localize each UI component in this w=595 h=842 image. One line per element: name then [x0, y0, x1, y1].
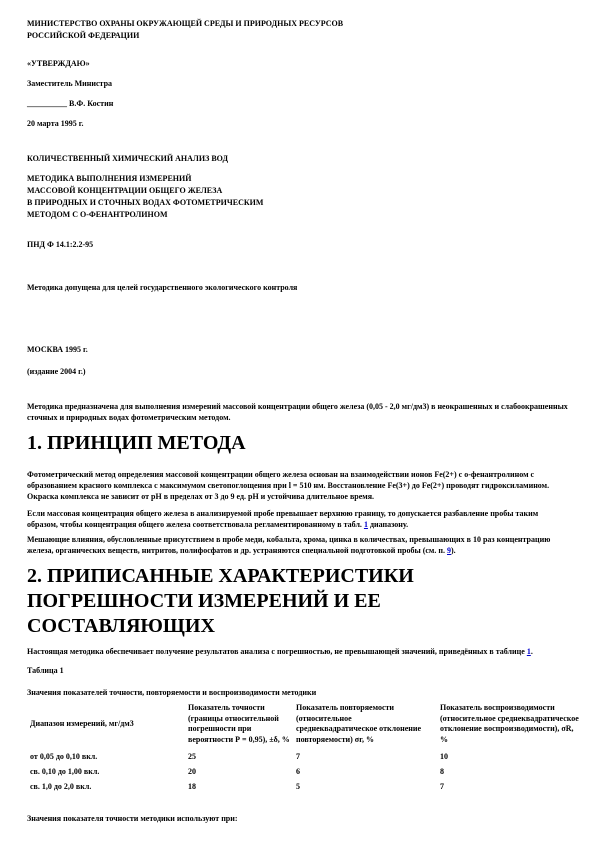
section-1-heading: 1. ПРИНЦИП МЕТОДА [27, 431, 568, 456]
accuracy-text-after: . [531, 647, 533, 656]
doc-title-line-1: МЕТОДИКА ВЫПОЛНЕНИЯ ИЗМЕРЕНИЙ [27, 173, 568, 185]
dilution-text-before: Если массовая концентрация общего железа… [27, 509, 538, 529]
table-row: св. 1,0 до 2,0 вкл. 18 5 7 [27, 779, 586, 794]
table-cell-reproducibility: 7 [440, 779, 586, 794]
interference-text-after: ). [451, 546, 456, 555]
intro-paragraph: Методика предназначена для выполнения из… [27, 401, 568, 423]
table-cell-accuracy: 25 [188, 749, 296, 764]
accuracy-usage-note: Значения показателя точности методики ис… [27, 813, 568, 824]
dilution-text-after: диапазону. [368, 520, 408, 529]
ministry-header: МИНИСТЕРСТВО ОХРАНЫ ОКРУЖАЮЩЕЙ СРЕДЫ И П… [27, 18, 372, 42]
approve-stamp: «УТВЕРЖДАЮ» [27, 58, 568, 69]
table-row: от 0,05 до 0,10 вкл. 25 7 10 [27, 749, 586, 764]
doc-title-line-2: МАССОВОЙ КОНЦЕНТРАЦИИ ОБЩЕГО ЖЕЛЕЗА [27, 185, 568, 197]
table-row: св. 0,10 до 1,00 вкл. 20 6 8 [27, 764, 586, 779]
accuracy-table: Диапазон измерений, мг/дм3 Показатель то… [27, 703, 586, 794]
table-label: Таблица 1 [27, 665, 568, 676]
doc-title-line-4: МЕТОДОМ С О-ФЕНАНТРОЛИНОМ [27, 209, 568, 221]
table-caption: Значения показателей точности, повторяем… [27, 687, 568, 698]
signature-line: __________ В.Ф. Костин [27, 98, 568, 109]
doc-title-line-3: В ПРИРОДНЫХ И СТОЧНЫХ ВОДАХ ФОТОМЕТРИЧЕС… [27, 197, 568, 209]
table-cell-range: св. 1,0 до 2,0 вкл. [27, 779, 188, 794]
interference-paragraph: Мешающие влияния, обусловленные присутст… [27, 534, 568, 556]
table-cell-range: св. 0,10 до 1,00 вкл. [27, 764, 188, 779]
edition-note: (издание 2004 г.) [27, 366, 568, 377]
column-header-accuracy: Показатель точности (границы относительн… [188, 703, 296, 749]
approval-note: Методика допущена для целей государствен… [27, 282, 382, 294]
interference-text-before: Мешающие влияния, обусловленные присутст… [27, 535, 550, 555]
signatory-title: Заместитель Министра [27, 78, 568, 89]
accuracy-paragraph: Настоящая методика обеспечивает получени… [27, 646, 568, 657]
doc-title: МЕТОДИКА ВЫПОЛНЕНИЯ ИЗМЕРЕНИЙ МАССОВОЙ К… [27, 173, 568, 221]
table-cell-reproducibility: 10 [440, 749, 586, 764]
section-2-heading: 2. ПРИПИСАННЫЕ ХАРАКТЕРИСТИКИ ПОГРЕШНОСТ… [27, 564, 568, 639]
dilution-paragraph: Если массовая концентрация общего железа… [27, 508, 568, 530]
city-year: МОСКВА 1995 г. [27, 344, 568, 355]
table-cell-accuracy: 18 [188, 779, 296, 794]
column-header-range: Диапазон измерений, мг/дм3 [27, 703, 188, 749]
column-header-repeatability: Показатель повторяемости (относительное … [296, 703, 440, 749]
table-cell-repeatability: 6 [296, 764, 440, 779]
principle-paragraph: Фотометрический метод определения массов… [27, 469, 568, 502]
table-header-row: Диапазон измерений, мг/дм3 Показатель то… [27, 703, 586, 749]
table-cell-reproducibility: 8 [440, 764, 586, 779]
table-cell-range: от 0,05 до 0,10 вкл. [27, 749, 188, 764]
table-cell-accuracy: 20 [188, 764, 296, 779]
accuracy-text-before: Настоящая методика обеспечивает получени… [27, 647, 527, 656]
table-cell-repeatability: 7 [296, 749, 440, 764]
column-header-reproducibility: Показатель воспроизводимости (относитель… [440, 703, 586, 749]
table-cell-repeatability: 5 [296, 779, 440, 794]
approval-date: 20 марта 1995 г. [27, 118, 568, 129]
doc-number: ПНД Ф 14.1:2.2-95 [27, 239, 568, 250]
doc-type-title: КОЛИЧЕСТВЕННЫЙ ХИМИЧЕСКИЙ АНАЛИЗ ВОД [27, 153, 568, 164]
document-page: { "page": { "background": "#ffffff", "te… [0, 0, 595, 842]
